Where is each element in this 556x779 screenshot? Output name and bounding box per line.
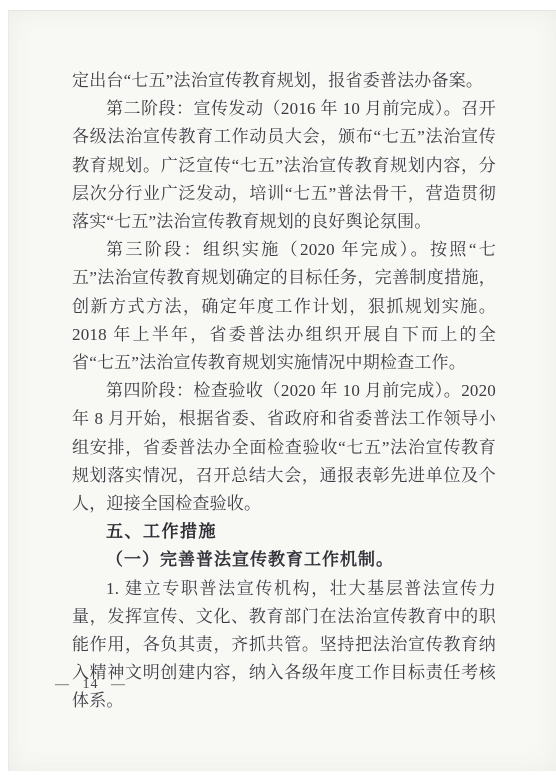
section-heading: 五、工作措施 [72,518,496,546]
document-page: 定出台“七五”法治宣传教育规划，报省委普法办备案。 第二阶段：宣传发动（2016… [8,10,556,771]
stage2-text: 召开各级法治宣传教育工作动员大会，颁布“七五”法治宣传教育规划。广泛宣传“七五”… [72,99,496,231]
document-body: 定出台“七五”法治宣传教育规划，报省委普法办备案。 第二阶段：宣传发动（2016… [72,67,496,716]
paragraph-stage4: 第四阶段：检查验收（2020 年 10 月前完成）。2020 年 8 月开始，根… [72,377,496,518]
paragraph-item1: 1. 建立专职普法宣传机构，壮大基层普法宣传力量，发挥宣传、文化、教育部门在法治… [72,575,496,716]
stage4-label: 第四阶段：检查验收（2020 年 10 月前完成）。 [106,381,461,400]
stage4-text: 2020 年 8 月开始，根据省委、省政府和省委普法工作领导小组安排，省委普法办… [72,381,496,513]
subsection-heading: （一）完善普法宣传教育工作机制。 [72,546,496,574]
stage2-label: 第二阶段：宣传发动（2016 年 10 月前完成）。 [106,99,461,118]
paragraph-stage3: 第三阶段：组织实施（2020 年完成）。按照“七五”法治宣传教育规划确定的目标任… [72,236,496,377]
stage3-text: 按照“七五”法治宣传教育规划确定的目标任务，完善制度措施，创新方式方法，确定年度… [72,240,496,372]
paragraph-continuation: 定出台“七五”法治宣传教育规划，报省委普法办备案。 [72,67,496,95]
page-number: — 14 — [55,675,126,695]
paragraph-stage2: 第二阶段：宣传发动（2016 年 10 月前完成）。召开各级法治宣传教育工作动员… [72,95,496,236]
stage3-label: 第三阶段：组织实施（2020 年完成）。 [106,240,430,259]
